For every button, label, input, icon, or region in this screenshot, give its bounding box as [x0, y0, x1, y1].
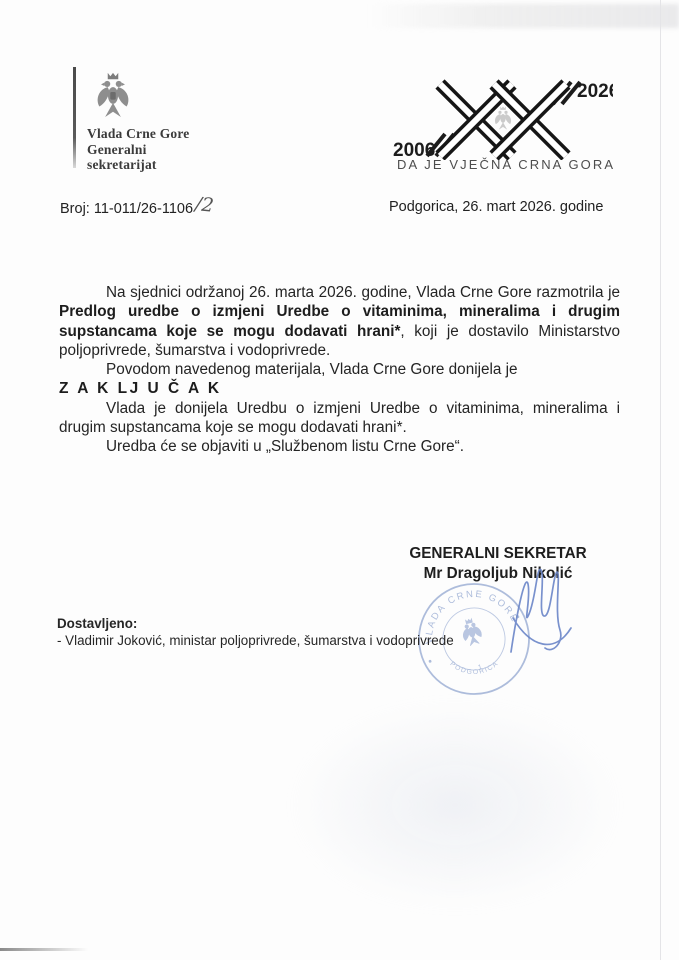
- letterhead-vertical-rule: [73, 67, 76, 168]
- stamp-eagle-icon: [460, 617, 484, 647]
- svg-text:1: 1: [477, 664, 483, 672]
- montenegro-eagle-icon: [92, 70, 134, 122]
- place-and-date: Podgorica, 26. mart 2026. godine: [389, 199, 603, 215]
- paragraph-1-start: Na sjednici održanoj 26. marta 2026. god…: [106, 284, 620, 301]
- org-unit-line1: Generalni: [87, 142, 190, 158]
- ink-signature-icon: [503, 556, 581, 660]
- scanned-document-page: Vlada Crne Gore Generalni sekretarijat: [0, 0, 679, 960]
- scan-bottom-line-artifact: [0, 948, 88, 951]
- org-unit-line2: sekretarijat: [87, 157, 190, 173]
- svg-text:PODGORICA: PODGORICA: [448, 650, 502, 683]
- scan-noise-artifact: [369, 4, 679, 28]
- document-number: Broj: 11-011/26-1106/2: [60, 196, 214, 218]
- logo-eagle-watermark-icon: [495, 107, 511, 130]
- stamp-text-bottom: PODGORICA: [448, 650, 502, 683]
- scan-watermark-artifact: [290, 700, 620, 910]
- conclusion-heading: Z A K LJ U Č A K: [59, 379, 620, 398]
- document-number-handwritten-suffix: /2: [194, 193, 215, 217]
- document-body: Na sjednici održanoj 26. marta 2026. god…: [59, 283, 620, 457]
- logo-year-end: 2026: [577, 81, 613, 102]
- letterhead-org-block: Vlada Crne Gore Generalni sekretarijat: [87, 126, 190, 173]
- paragraph-3: Vlada je donijela Uredbu o izmjeni Uredb…: [59, 399, 620, 438]
- distribution-block: Dostavljeno: - Vladimir Joković, minista…: [57, 616, 454, 649]
- scan-edge-line: [660, 0, 661, 960]
- distribution-item: - Vladimir Joković, ministar poljoprivre…: [57, 633, 454, 650]
- anniversary-xx-logo: 2006 2026: [393, 78, 613, 160]
- paragraph-1: Na sjednici održanoj 26. marta 2026. god…: [59, 283, 620, 360]
- paragraph-4: Uredba će se objaviti u „Službenom listu…: [59, 437, 620, 456]
- org-name: Vlada Crne Gore: [87, 126, 190, 142]
- logo-tagline: DA JE VJEČNA CRNA GORA: [397, 157, 621, 172]
- paragraph-2: Povodom navedenog materijala, Vlada Crne…: [59, 360, 620, 379]
- distribution-label: Dostavljeno:: [57, 616, 454, 633]
- document-number-printed: Broj: 11-011/26-1106: [60, 201, 193, 217]
